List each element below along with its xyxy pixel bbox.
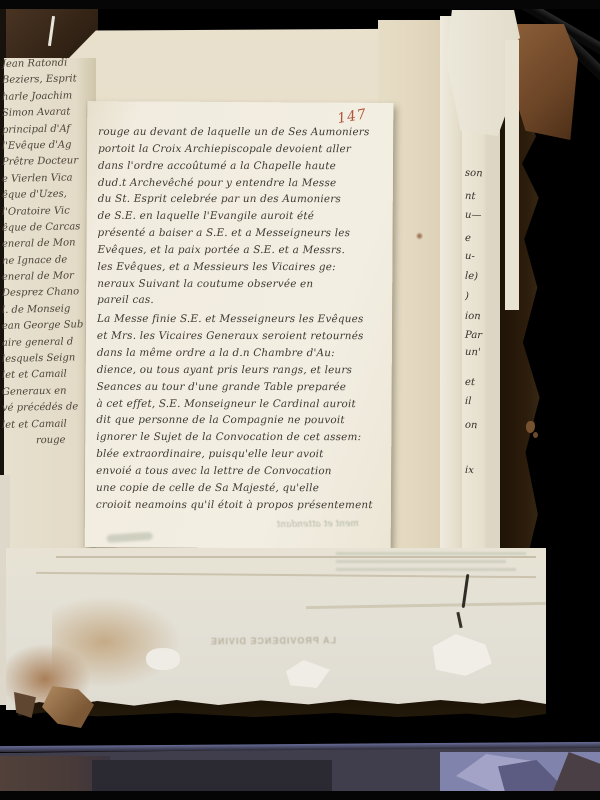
- ink-mark: [456, 612, 462, 628]
- manuscript-line: dience, ou tous ayant pris leurs rangs, …: [97, 362, 387, 379]
- right-strip-fragment: et: [465, 377, 475, 388]
- left-page-line: ne Ignace de: [2, 254, 90, 272]
- show-through-print: [336, 568, 516, 571]
- manuscript-line: envoié a tous avec la lettre de Convocat…: [96, 463, 386, 480]
- manuscript-line: dans la même ordre a la d.n Chambre d'Au…: [97, 345, 387, 362]
- left-page-line: principal d'Af: [2, 123, 90, 141]
- left-page-line: vé précédés de: [2, 401, 90, 419]
- manuscript-line: ignorer le Sujet de la Convocation de ce…: [96, 429, 386, 446]
- left-page-line: Simon Avarat: [2, 106, 90, 124]
- manuscript-line: rouge au devant de laquelle un de Ses Au…: [98, 124, 388, 141]
- manuscript-text: rouge au devant de laquelle un de Ses Au…: [96, 123, 388, 514]
- leather-corner: [514, 24, 578, 140]
- manuscript-line: et Mrs. les Vicaires Generaux seroient r…: [97, 328, 387, 345]
- right-strip-fragment: Par: [465, 330, 482, 342]
- top-black-bar: [0, 0, 600, 9]
- left-page-line: Desprez Chano: [2, 287, 90, 305]
- manuscript-line: les Evêques, et a Messieurs les Vicaires…: [97, 259, 387, 276]
- lavender-cloth: [440, 752, 600, 791]
- floor-shadow-center: [92, 760, 332, 791]
- right-strip-fragment: u—: [465, 210, 482, 222]
- manuscript-line: à cet effet, S.E. Monseigneur le Cardina…: [97, 395, 387, 412]
- left-page-line: eneral de Mon: [2, 237, 90, 255]
- manuscript-line: du St. Esprit celebrée par un des Aumoni…: [98, 191, 388, 208]
- bottom-cover: LA PROVIDENCE DIVINE: [6, 548, 546, 710]
- manuscript-line: Seances au tour d'une grande Table prepa…: [97, 379, 387, 396]
- left-page-line: l'Oratoire Vic: [2, 205, 90, 223]
- manuscript-line: portoit la Croix Archiepiscopale devoien…: [98, 141, 388, 158]
- right-strip-fragment: on: [465, 420, 478, 431]
- right-strip-fragment: il: [465, 396, 472, 407]
- mirrored-show-through-caption: LA PROVIDENCE DIVINE: [176, 635, 336, 646]
- manuscript-line: La Messe finie S.E. et Messeigneurs les …: [97, 311, 387, 328]
- cover-fold: [306, 602, 546, 609]
- show-through-print: [336, 560, 506, 563]
- right-strip-fragment: ion: [465, 311, 481, 323]
- manuscript-line: de S.E. en laquelle l'Evangile auroit ét…: [98, 208, 388, 225]
- left-page-line: ean George Sub: [2, 319, 90, 337]
- left-page-line: Prêtre Docteur: [2, 155, 90, 173]
- right-strip-fragment: un': [465, 347, 481, 359]
- right-strip-fragment: son: [465, 168, 483, 180]
- archive-photo: Jean RatondiBeziers, Espritharle Joachim…: [0, 0, 600, 800]
- left-page-text: Jean RatondiBeziers, Espritharle Joachim…: [2, 58, 90, 451]
- left-page-line: let et Camail: [2, 418, 90, 436]
- left-page-line: rouge: [2, 434, 90, 452]
- right-strip-fragment: ix: [465, 465, 474, 476]
- manuscript-line: croioit neamoins qu'il étoit à propos pr…: [96, 496, 386, 513]
- show-through-line: ment et attendant: [169, 519, 359, 531]
- manuscript-line: neraux Suivant la coutume observée en: [97, 275, 387, 292]
- peeled-patch: [426, 634, 492, 676]
- bottom-black-bar: [0, 791, 600, 800]
- left-page-line: let et Camail: [2, 369, 90, 387]
- manuscript-line: blée extraordinaire, puisqu'elle leur av…: [96, 446, 386, 463]
- right-strip-fragment: nt: [465, 191, 476, 202]
- right-strip-fragment: u-: [465, 251, 475, 262]
- cloth-dark-fold: [548, 752, 600, 791]
- left-page-line: e Vierlen Vica: [2, 172, 90, 190]
- sheet-edge: [36, 572, 536, 578]
- manuscript-line: dud.t Archevêché pour y entendre la Mess…: [98, 174, 388, 191]
- debris-speck-small: [533, 432, 538, 438]
- manuscript-line: Evêques, et la paix portée a S.E. et a M…: [97, 242, 387, 259]
- peeled-patch: [146, 648, 180, 670]
- show-through-print: [336, 552, 526, 555]
- page-edge-sliver: [505, 40, 519, 310]
- peeled-patch: [286, 660, 330, 688]
- left-page-line: êque d'Uzes,: [2, 188, 90, 206]
- right-strip-fragment: le): [465, 271, 478, 282]
- right-strip-fragment: e: [465, 233, 471, 244]
- show-through-word: [106, 532, 152, 543]
- manuscript-line: présenté a baiser a S.E. et a Messeigneu…: [98, 225, 388, 242]
- manuscript-page: 147 rouge au devant de laquelle un de Se…: [85, 101, 394, 549]
- right-strip-fragment: ): [465, 291, 469, 302]
- left-page-line: Beziers, Esprit: [2, 73, 90, 91]
- sheet-edge: [56, 556, 536, 558]
- left-page-line: aire general d: [2, 336, 90, 354]
- manuscript-line: pareil cas.: [97, 292, 387, 309]
- manuscript-line: dit que personne de la Compagnie ne pouv…: [96, 412, 386, 429]
- manuscript-line: dans l'ordre accoûtumé a la Chapelle hau…: [98, 158, 388, 175]
- manuscript-line: une copie de celle de Sa Majesté, qu'ell…: [96, 480, 386, 497]
- paper-spot: [416, 232, 423, 240]
